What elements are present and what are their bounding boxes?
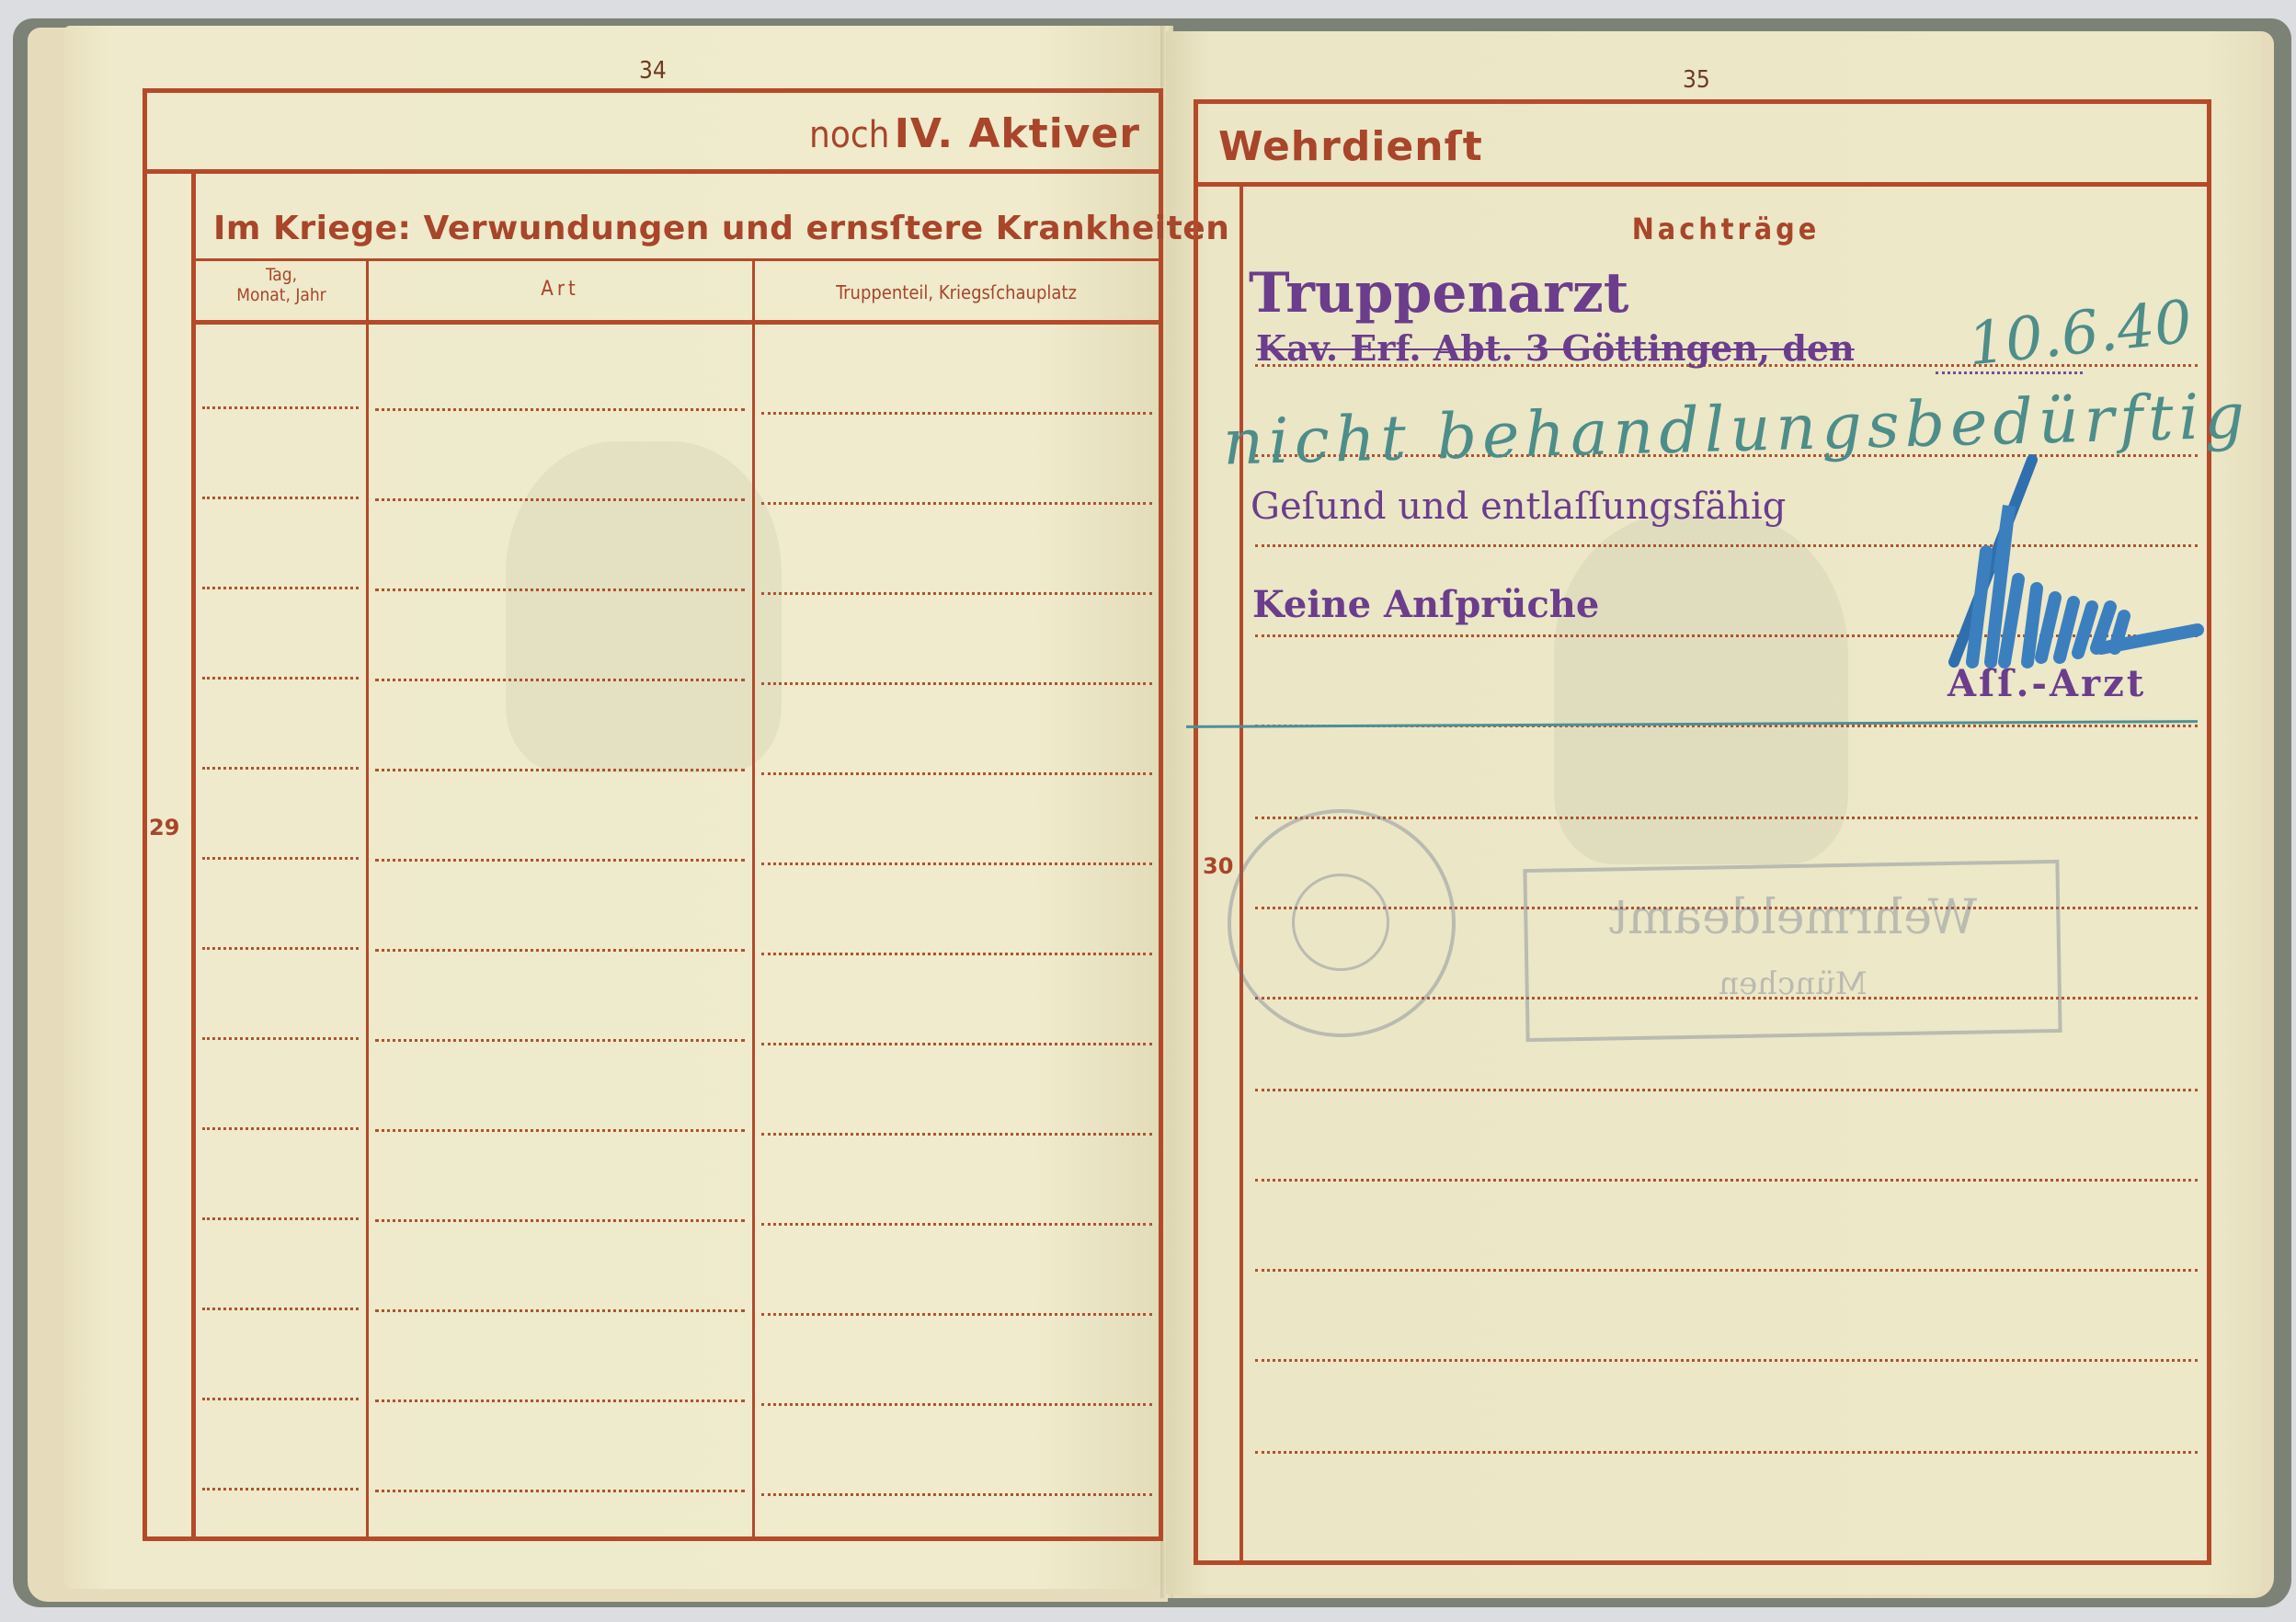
table-row-line bbox=[761, 1133, 1152, 1136]
table-row-line bbox=[375, 1490, 745, 1492]
signature bbox=[1936, 451, 2211, 680]
section-title-prefix: noch bbox=[809, 114, 889, 156]
subsection-title: Nachträge bbox=[1243, 211, 2209, 246]
faint-rectangular-stamp bbox=[1523, 860, 2062, 1042]
table-row-line bbox=[375, 949, 745, 952]
column-divider-1 bbox=[366, 261, 369, 1539]
table-row-line bbox=[202, 1037, 359, 1040]
table-row-line bbox=[202, 857, 359, 860]
faint-stamp-text: Wehrmeldeamt bbox=[1554, 890, 2032, 945]
table-row-line bbox=[375, 769, 745, 771]
faint-round-stamp-inner bbox=[1292, 874, 1389, 971]
right-section-title: Wehrdienſt bbox=[1218, 123, 1483, 170]
table-row-line bbox=[375, 1129, 745, 1132]
table-row-line bbox=[202, 406, 359, 409]
signature-title: Aſſ.-Arzt bbox=[1948, 662, 2146, 705]
table-row-line bbox=[375, 1039, 745, 1042]
column-header-date-line1: Tag, bbox=[196, 265, 367, 285]
left-section-title: noch IV. Aktiver bbox=[644, 110, 1140, 157]
table-title-divider bbox=[196, 258, 1161, 261]
entry-row-line bbox=[1255, 1089, 2198, 1091]
margin-number-29: 29 bbox=[149, 815, 179, 840]
left-header-divider bbox=[143, 169, 1163, 174]
table-row-line bbox=[202, 1308, 359, 1310]
table-row-line bbox=[375, 498, 745, 501]
table-row-line bbox=[375, 1309, 745, 1312]
table-row-line bbox=[202, 1217, 359, 1220]
table-row-line bbox=[761, 862, 1152, 865]
section-title: IV. Aktiver bbox=[895, 110, 1140, 157]
table-row-line bbox=[202, 1488, 359, 1491]
table-row-line bbox=[375, 1219, 745, 1222]
table-row-line bbox=[761, 1313, 1152, 1316]
table-row-line bbox=[202, 497, 359, 499]
table-row-line bbox=[761, 1493, 1152, 1496]
table-row-line bbox=[202, 1127, 359, 1130]
table-row-line bbox=[202, 767, 359, 770]
table-row-line bbox=[375, 859, 745, 862]
date-underline bbox=[1936, 371, 2083, 374]
stamp-no-claims: Keine Anſprüche bbox=[1252, 583, 1599, 626]
table-row-line bbox=[202, 1398, 359, 1400]
table-row-line bbox=[761, 1043, 1152, 1045]
entry-row-line bbox=[1255, 1269, 2198, 1272]
right-header-divider bbox=[1194, 182, 2211, 187]
column-header-divider bbox=[196, 320, 1161, 325]
entry-row-line bbox=[1255, 817, 2198, 819]
stamp-healthy-dischargeable: Geſund und entlaſſungsfähig bbox=[1251, 485, 1786, 528]
left-page-frame bbox=[143, 88, 1163, 1541]
table-row-line bbox=[202, 947, 359, 950]
table-row-line bbox=[202, 587, 359, 589]
table-row-line bbox=[761, 1223, 1152, 1226]
column-header-date: Tag, Monat, Jahr bbox=[196, 265, 367, 305]
table-row-line bbox=[761, 772, 1152, 775]
stamp-truppenarzt: Truppenarzt bbox=[1249, 261, 1629, 326]
margin-number-30: 30 bbox=[1203, 853, 1233, 879]
column-divider-2 bbox=[752, 261, 755, 1539]
table-row-line bbox=[761, 682, 1152, 685]
signature-scribble-icon bbox=[1936, 451, 2211, 680]
faint-stamp-subtext: München bbox=[1554, 965, 2032, 1002]
page-number-right: 35 bbox=[1683, 66, 1710, 94]
column-header-unit-theatre: Truppenteil, Kriegsſchauplatz bbox=[754, 281, 1159, 303]
stamp-unit-location: Kav. Erf. Abt. 3 Göttingen, den bbox=[1256, 327, 1855, 369]
page-number-left: 34 bbox=[639, 57, 667, 85]
table-row-line bbox=[761, 412, 1152, 415]
left-margin-divider bbox=[191, 174, 196, 1538]
table-title: Im Kriege: Verwundungen und ernsſtere Kr… bbox=[213, 210, 1229, 247]
column-header-date-line2: Monat, Jahr bbox=[196, 285, 367, 305]
table-row-line bbox=[375, 588, 745, 591]
column-header-type: Art bbox=[368, 278, 752, 301]
entry-row-line bbox=[1255, 1359, 2198, 1362]
entry-row-line bbox=[1255, 1451, 2198, 1454]
entry-row-line bbox=[1255, 1179, 2198, 1182]
table-row-line bbox=[761, 953, 1152, 955]
table-row-line bbox=[761, 1403, 1152, 1406]
table-row-line bbox=[202, 677, 359, 680]
table-row-line bbox=[761, 592, 1152, 595]
table-row-line bbox=[375, 408, 745, 411]
table-row-line bbox=[375, 1399, 745, 1402]
table-row-line bbox=[375, 679, 745, 681]
table-row-line bbox=[761, 502, 1152, 505]
